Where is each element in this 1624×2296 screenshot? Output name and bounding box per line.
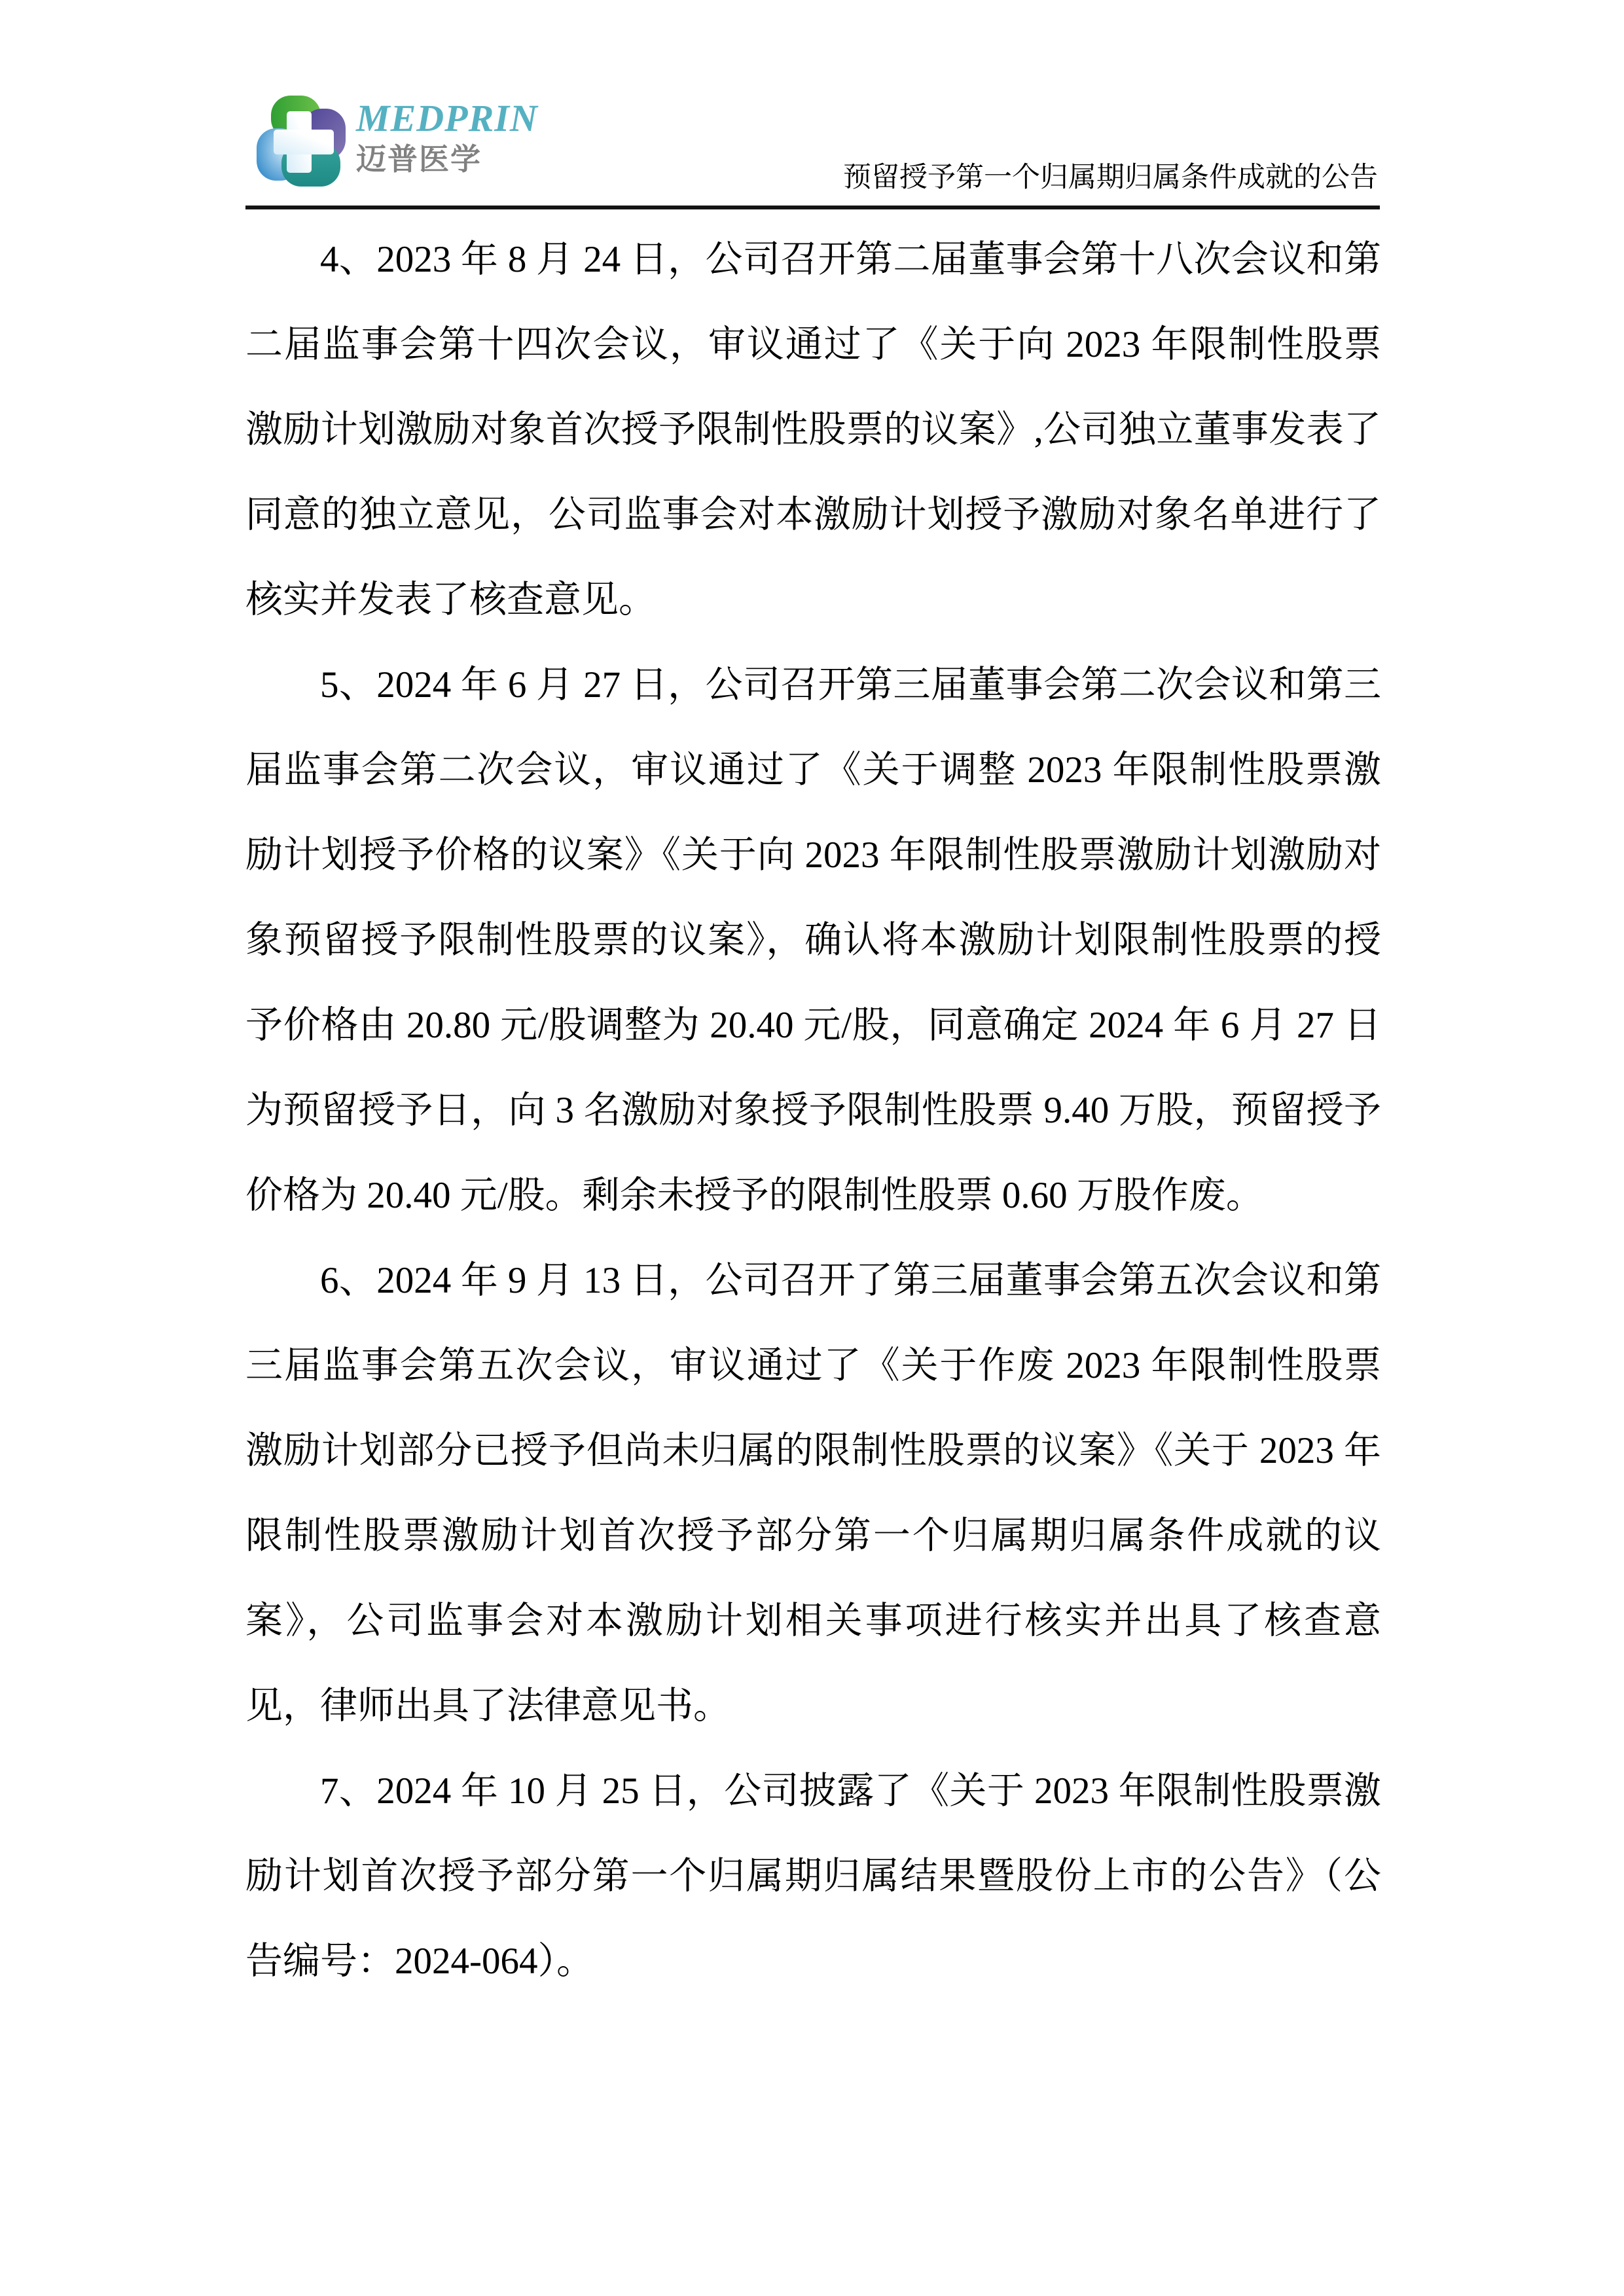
- header-rule: [245, 206, 1380, 209]
- logo-text: MEDPRIN 迈普医学: [356, 96, 538, 175]
- document-page: MEDPRIN 迈普医学 预留授予第一个归属期归属条件成就的公告 4、2023 …: [0, 0, 1624, 2296]
- header-doc-title: 预留授予第一个归属期归属条件成就的公告: [843, 161, 1378, 195]
- document-body: 4、2023 年 8 月 24 日，公司召开第二届董事会第十八次会议和第二届监事…: [245, 217, 1381, 2004]
- body-paragraph-5: 5、2024 年 6 月 27 日，公司召开第三届董事会第二次会议和第三届监事会…: [245, 643, 1381, 1238]
- body-paragraph-4: 4、2023 年 8 月 24 日，公司召开第二届董事会第十八次会议和第二届监事…: [245, 217, 1381, 643]
- brand-name-cn: 迈普医学: [356, 143, 538, 175]
- medprin-logo: MEDPRIN 迈普医学: [257, 96, 538, 187]
- page-header: MEDPRIN 迈普医学 预留授予第一个归属期归属条件成就的公告: [0, 0, 1624, 223]
- body-paragraph-6: 6、2024 年 9 月 13 日，公司召开了第三届董事会第五次会议和第三届监事…: [245, 1238, 1381, 1749]
- medprin-logo-icon: [257, 96, 346, 187]
- brand-name: MEDPRIN: [356, 99, 538, 137]
- body-paragraph-7: 7、2024 年 10 月 25 日，公司披露了《关于 2023 年限制性股票激…: [245, 1749, 1381, 2004]
- logo-cross-horizontal: [274, 130, 334, 154]
